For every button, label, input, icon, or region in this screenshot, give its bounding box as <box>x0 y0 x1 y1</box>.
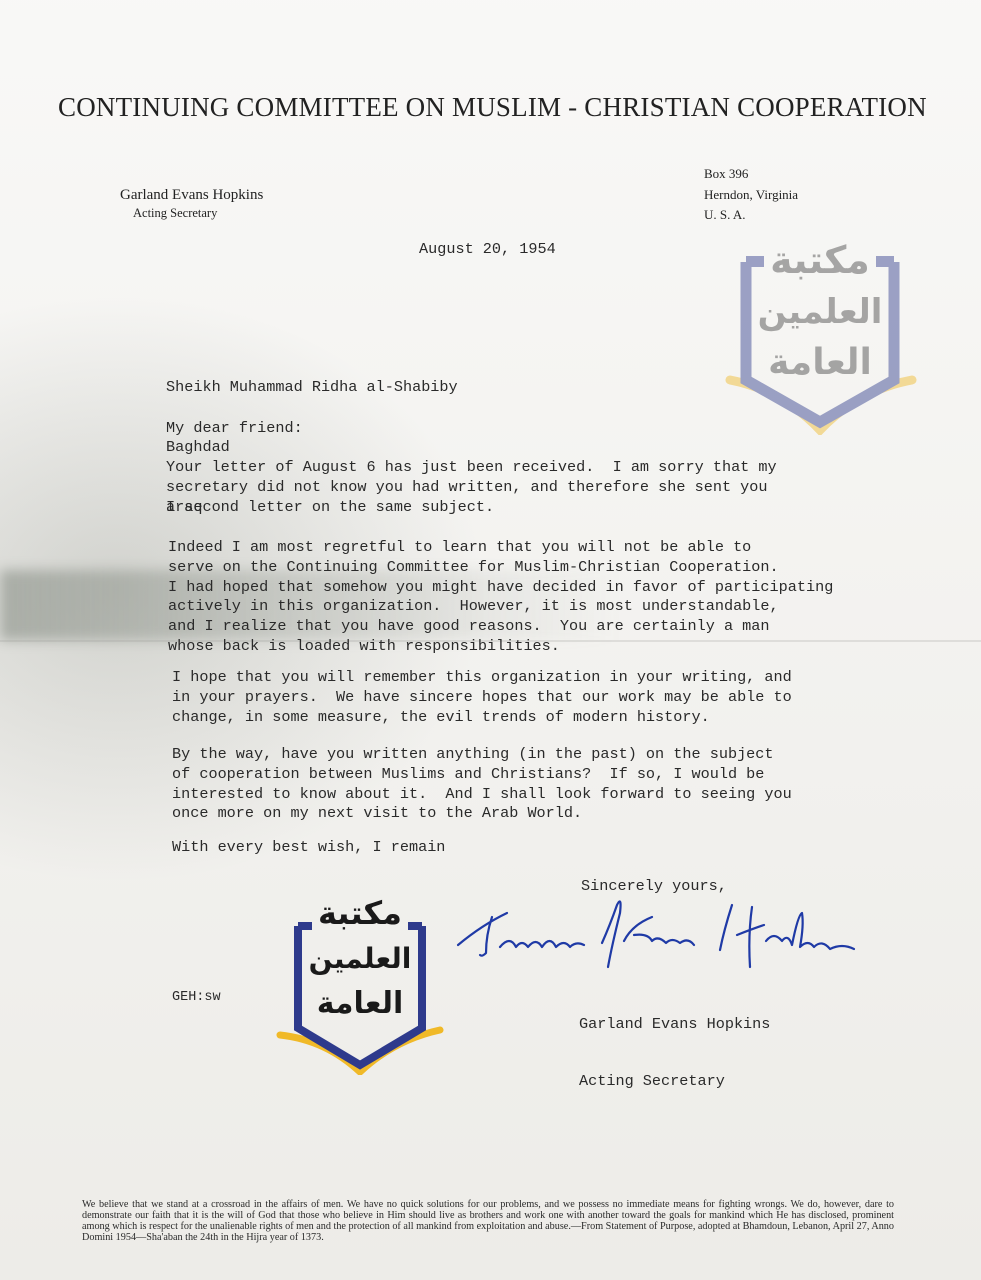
logo-arabic-line: العامة <box>722 342 918 383</box>
closing-line: With every best wish, I remain <box>172 838 445 856</box>
logo-arabic-line: العلمين <box>722 292 918 332</box>
body-paragraph: Indeed I am most regretful to learn that… <box>168 538 833 657</box>
letterhead-address: Box 396 Herndon, Virginia U. S. A. <box>704 164 798 226</box>
logo-arabic-line: العلمين <box>276 942 444 975</box>
watermark-logo-top: مكتبة العلمين العامة <box>722 230 918 435</box>
signatory-block: Garland Evans Hopkins Acting Secretary <box>579 977 770 1110</box>
sender-title: Acting Secretary <box>133 206 263 221</box>
logo-arabic-line: مكتبة <box>722 238 918 282</box>
address-line: Herndon, Virginia <box>704 185 798 206</box>
statement-of-purpose-footer: We believe that we stand at a crossroad … <box>82 1199 894 1243</box>
reference-initials: GEH:sw <box>172 990 221 1005</box>
body-paragraph: I hope that you will remember this organ… <box>172 668 792 727</box>
address-line: Box 396 <box>704 164 798 185</box>
recipient-line: Sheikh Muhammad Ridha al-Shabiby <box>166 377 458 397</box>
signatory-name: Garland Evans Hopkins <box>579 1015 770 1034</box>
complimentary-close: Sincerely yours, <box>581 877 727 895</box>
sender-name: Garland Evans Hopkins <box>120 187 263 204</box>
logo-arabic-line: مكتبة <box>276 894 444 932</box>
body-paragraph: Your letter of August 6 has just been re… <box>166 458 777 517</box>
letter-date: August 20, 1954 <box>419 240 556 258</box>
logo-arabic-line: العامة <box>276 986 444 1021</box>
signatory-title: Acting Secretary <box>579 1072 770 1091</box>
address-line: U. S. A. <box>704 205 798 226</box>
body-paragraph: By the way, have you written anything (i… <box>172 745 792 824</box>
recipient-line: Baghdad <box>166 437 458 457</box>
salutation: My dear friend: <box>166 419 303 437</box>
letterhead-title: CONTINUING COMMITTEE ON MUSLIM - CHRISTI… <box>58 92 938 123</box>
letterhead-sender: Garland Evans Hopkins Acting Secretary <box>120 187 263 221</box>
handwritten-signature <box>452 895 862 975</box>
watermark-logo-bottom: مكتبة العلمين العامة <box>276 890 444 1075</box>
